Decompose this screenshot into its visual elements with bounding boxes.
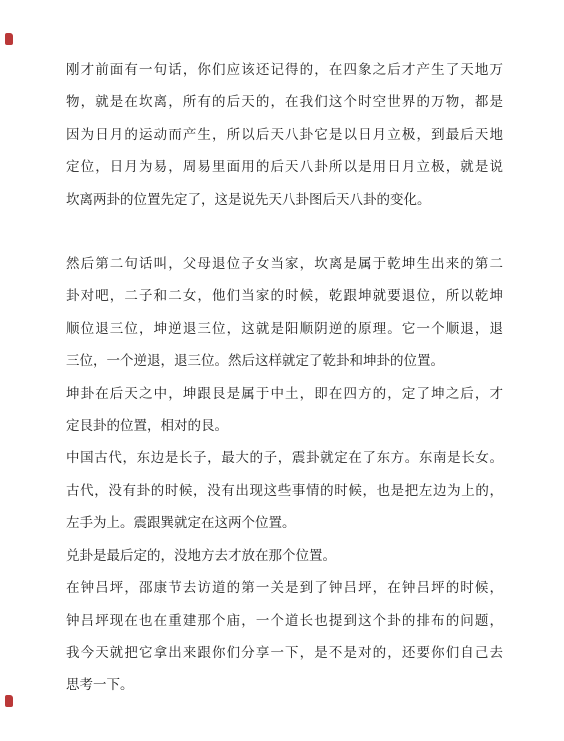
text-line: 定位，日月为易，周易里面用的后天八卦所以是用日月立极，就是说: [66, 151, 503, 183]
text-line: 坎离两卦的位置先定了，这是说先天八卦图后天八卦的变化。: [66, 184, 503, 216]
paragraph-4: 中国古代，东边是长子，最大的子，震卦就定在了东方。东南是长女。 古代，没有卦的时…: [66, 442, 503, 539]
text-line: 思考一下。: [66, 669, 503, 701]
red-pen-mark-top: [5, 33, 13, 45]
text-line: 左手为上。震跟巽就定在这两个位置。: [66, 507, 503, 539]
document-text: 刚才前面有一句话，你们应该还记得的，在四象之后才产生了天地万 物，就是在坎离，所…: [66, 54, 503, 702]
text-line: 古代，没有卦的时候，没有出现这些事情的时候，也是把左边为上的，: [66, 475, 503, 507]
text-line: 刚才前面有一句话，你们应该还记得的，在四象之后才产生了天地万: [66, 54, 503, 86]
text-line: 在钟吕坪，邵康节去访道的第一关是到了钟吕坪，在钟吕坪的时候，: [66, 572, 503, 604]
paragraph-6: 在钟吕坪，邵康节去访道的第一关是到了钟吕坪，在钟吕坪的时候， 钟吕坪现在也在重建…: [66, 572, 503, 702]
text-line: 钟吕坪现在也在重建那个庙，一个道长也提到这个卦的排布的问题，: [66, 605, 503, 637]
text-line: 卦对吧，二子和二女，他们当家的时候，乾跟坤就要退位，所以乾坤: [66, 280, 503, 312]
paragraph-2: 然后第二句话叫，父母退位子女当家，坎离是属于乾坤生出来的第二 卦对吧，二子和二女…: [66, 248, 503, 378]
document-page: { "page": { "background": "#ffffff", "te…: [0, 0, 564, 741]
paragraph-3: 坤卦在后天之中，坤跟艮是属于中土，即在四方的，定了坤之后，才 定艮卦的位置，相对…: [66, 378, 503, 443]
text-line: 顺位退三位，坤逆退三位，这就是阳顺阴逆的原理。它一个顺退，退: [66, 313, 503, 345]
text-line: 兑卦是最后定的，没地方去才放在那个位置。: [66, 540, 503, 572]
paragraph-5: 兑卦是最后定的，没地方去才放在那个位置。: [66, 540, 503, 572]
paragraph-1: 刚才前面有一句话，你们应该还记得的，在四象之后才产生了天地万 物，就是在坎离，所…: [66, 54, 503, 216]
text-line: 物，就是在坎离，所有的后天的，在我们这个时空世界的万物，都是: [66, 86, 503, 118]
text-line: 坤卦在后天之中，坤跟艮是属于中土，即在四方的，定了坤之后，才: [66, 378, 503, 410]
text-line: 我今天就把它拿出来跟你们分享一下，是不是对的，还要你们自己去: [66, 637, 503, 669]
text-line: 然后第二句话叫，父母退位子女当家，坎离是属于乾坤生出来的第二: [66, 248, 503, 280]
red-pen-mark-bottom: [5, 695, 13, 707]
text-line: 定艮卦的位置，相对的艮。: [66, 410, 503, 442]
text-line: 三位，一个逆退，退三位。然后这样就定了乾卦和坤卦的位置。: [66, 345, 503, 377]
text-line: 因为日月的运动而产生，所以后天八卦它是以日月立极，到最后天地: [66, 119, 503, 151]
text-line: 中国古代，东边是长子，最大的子，震卦就定在了东方。东南是长女。: [66, 442, 503, 474]
